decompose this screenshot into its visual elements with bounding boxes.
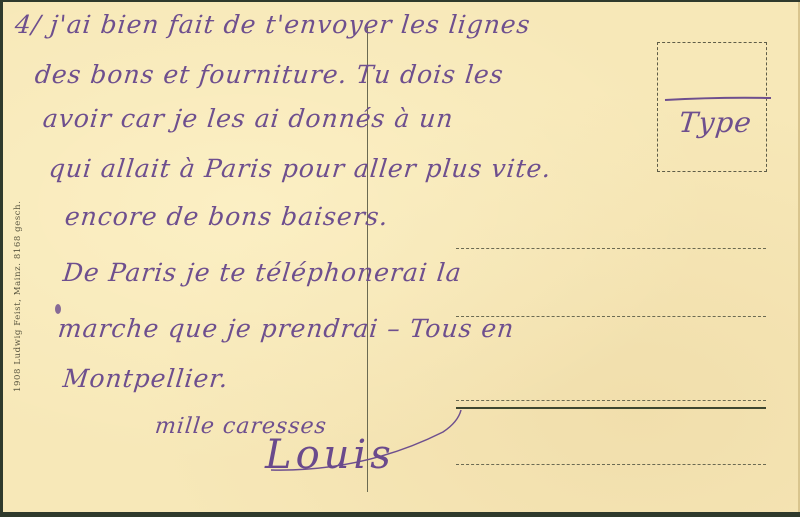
address-name: Type <box>677 106 753 139</box>
message-line-2: des bons et fourniture. Tu dois les <box>33 60 505 89</box>
address-line-solid <box>456 407 766 409</box>
message-line-4: qui allait à Paris pour aller plus vite. <box>47 154 553 183</box>
message-line-3: avoir car je les ai donnés à un <box>41 104 455 133</box>
address-line-4 <box>456 464 766 465</box>
address-line-1 <box>456 248 766 249</box>
message-line-5: encore de bons baisers. <box>63 202 390 231</box>
ink-blot <box>55 304 61 314</box>
message-line-8: Montpellier. <box>61 364 230 393</box>
signature: Louis <box>265 432 395 478</box>
publisher-imprint: 1908 Ludwig Feist, Mainz. 8168 gesch. <box>13 200 23 392</box>
address-underline <box>663 96 773 102</box>
message-line-1: 4/ j'ai bien fait de t'envoyer les ligne… <box>13 10 532 39</box>
message-line-7: marche que je prendrai – Tous en <box>56 314 515 343</box>
postcard-back: 1908 Ludwig Feist, Mainz. 8168 gesch. 4/… <box>3 2 800 512</box>
address-line-3 <box>456 400 766 401</box>
message-line-6: De Paris je te téléphonerai la <box>61 258 463 287</box>
